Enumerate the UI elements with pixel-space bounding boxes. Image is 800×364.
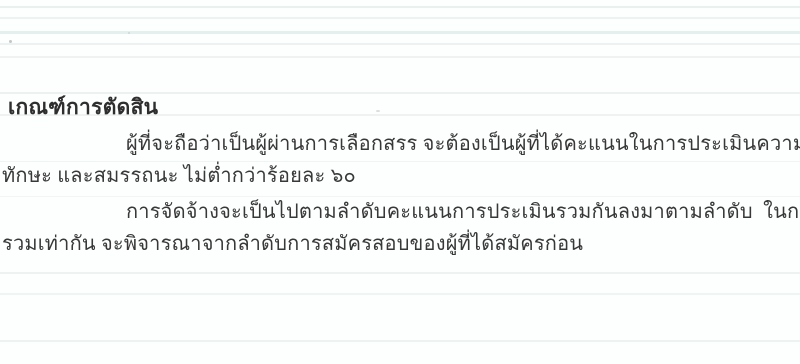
scan-artifact-line xyxy=(0,272,800,274)
scan-artifact-line xyxy=(0,6,800,8)
document-heading: เกณฑ์การตัดสิน xyxy=(8,90,158,124)
scan-speck xyxy=(9,40,12,43)
scan-artifact-line xyxy=(0,17,800,19)
paragraph-line: ผู้ที่จะถือว่าเป็นผู้ผ่านการเลือกสรร จะต… xyxy=(126,127,800,161)
scan-artifact-line xyxy=(0,293,800,295)
scan-artifact-line xyxy=(0,56,800,58)
scan-artifact-line xyxy=(0,340,800,342)
paragraph-line: การจัดจ้างจะเป็นไปตามลำดับคะแนนการประเมิ… xyxy=(126,195,800,229)
paragraph-line: รวมเท่ากัน จะพิจารณาจากลำดับการสมัครสอบข… xyxy=(2,227,583,261)
paragraph-line: ทักษะ และสมรรถนะ ไม่ต่ำกว่าร้อยละ ๖๐ xyxy=(2,159,356,193)
scan-speck xyxy=(376,110,380,112)
scan-artifact-line xyxy=(0,43,800,45)
scanned-document-page: เกณฑ์การตัดสิน ผู้ที่จะถือว่าเป็นผู้ผ่าน… xyxy=(0,0,800,364)
scan-speck xyxy=(128,32,130,34)
scan-artifact-line xyxy=(0,31,800,34)
